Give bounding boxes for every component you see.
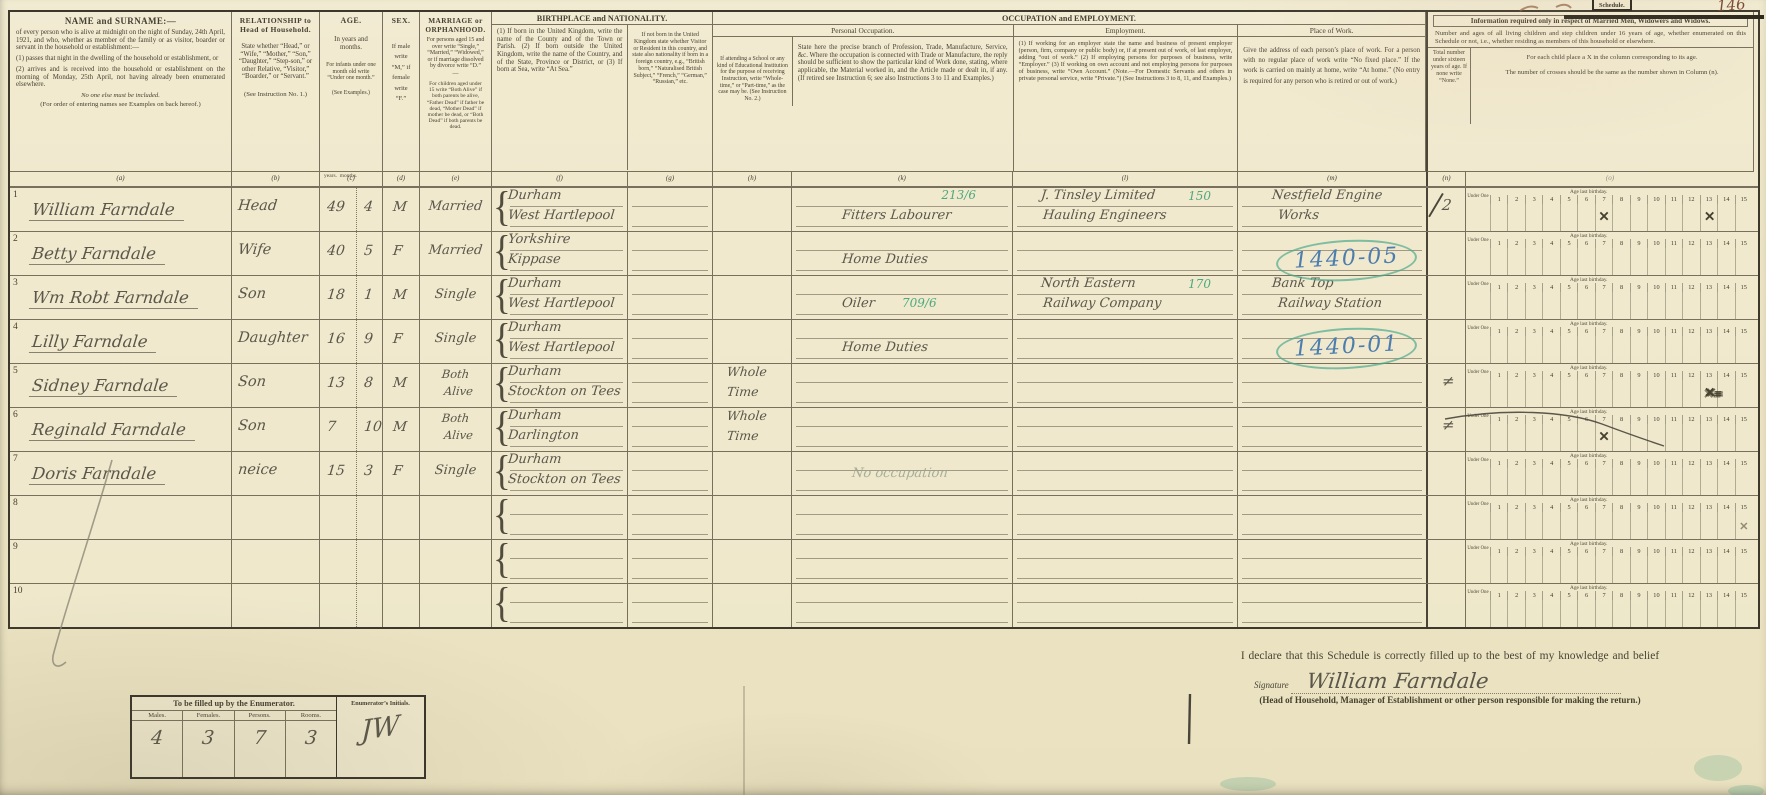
- under-one-label: Under One: [1466, 327, 1490, 336]
- age-column-label: 2: [1507, 195, 1524, 204]
- birthplace-cell: {DurhamStockton on Tees: [492, 452, 628, 495]
- age-years-cell: [320, 496, 357, 539]
- age-column-label: 14: [1717, 239, 1734, 248]
- nationality-cell: [628, 496, 713, 539]
- age-column-label: 6: [1577, 239, 1594, 248]
- age-column-label: 3: [1525, 371, 1542, 380]
- age-column-label: 13: [1700, 327, 1717, 336]
- row-number: 7: [10, 452, 24, 495]
- age-column-label: 2: [1507, 503, 1524, 512]
- age-column-label: 11: [1665, 195, 1682, 204]
- age-grid-cell: [1735, 556, 1752, 583]
- age-grid-cell: [1647, 380, 1664, 407]
- age-column-label: 12: [1682, 371, 1699, 380]
- occupation-cell: Home Duties: [792, 232, 1013, 275]
- age-grid-cell: [1735, 380, 1752, 407]
- age-column-label: 7: [1595, 283, 1612, 292]
- header-name-surname: NAME and SURNAME:— of every person who i…: [10, 12, 232, 172]
- age-column-label: 8: [1612, 327, 1629, 336]
- under-one-label: Under One: [1466, 239, 1490, 248]
- age-column-label: 6: [1577, 503, 1594, 512]
- age-grid-cell: [1490, 336, 1507, 363]
- name-value: Wm Robt Farndale: [29, 288, 200, 309]
- age-grid-cell: [1577, 424, 1594, 451]
- birthplace-cell: {: [492, 584, 628, 627]
- age-grid-cell: [1735, 600, 1752, 627]
- column-letter-n: (n): [1426, 172, 1466, 186]
- school-cell: [713, 540, 792, 583]
- children-age-grid: Age last birthday.Under One1234567891011…: [1466, 584, 1754, 627]
- age-column-label: 9: [1630, 503, 1647, 512]
- name-cell: Reginald Farndale: [24, 408, 232, 451]
- age-column-label: 4: [1542, 327, 1559, 336]
- age-grid-header: Under One123456789101112131415: [1466, 547, 1752, 556]
- total-children-cell: [1426, 232, 1466, 275]
- age-grid-cell: [1612, 556, 1629, 583]
- age-column-label: 5: [1560, 239, 1577, 248]
- under-one-label: Under One: [1466, 591, 1490, 600]
- age-grid-cell: [1682, 248, 1699, 275]
- children-age-grid: Age last birthday.Under One1234567891011…: [1466, 540, 1754, 583]
- marriage-cell: Single: [420, 320, 492, 363]
- age-cross-mark: ✕: [1739, 520, 1748, 533]
- nationality-cell: [628, 408, 713, 451]
- age-column-label: 4: [1542, 283, 1559, 292]
- age-grid-cell: [1700, 292, 1717, 319]
- age-column-label: 11: [1665, 415, 1682, 424]
- age-grid-cell: [1525, 468, 1542, 495]
- signature-label: Signature: [1254, 680, 1289, 690]
- name-value: Doris Farndale: [29, 464, 167, 485]
- age-grid-cell: [1525, 204, 1542, 231]
- age-column-label: 2: [1507, 591, 1524, 600]
- age-grid-cell: [1490, 204, 1507, 231]
- column-letter-f: (f): [492, 172, 628, 186]
- place-of-work-cell: [1238, 584, 1426, 627]
- table-row: 3 Wm Robt Farndale Son 18 1 M Single {Du…: [10, 275, 1758, 319]
- age-grid-cell: [1717, 248, 1734, 275]
- age-column-label: 9: [1630, 591, 1647, 600]
- age-column-label: 2: [1507, 371, 1524, 380]
- age-grid-cell: [1490, 512, 1507, 539]
- age-grid-cell: [1490, 424, 1507, 451]
- age-column-label: 5: [1560, 591, 1577, 600]
- age-column-label: 10: [1647, 547, 1664, 556]
- age-grid-cell: [1647, 556, 1664, 583]
- age-column-label: 7: [1595, 503, 1612, 512]
- age-grid-header: Under One123456789101112131415: [1466, 327, 1752, 336]
- column-letter-h: (h): [713, 172, 792, 186]
- relationship-cell: Son: [232, 364, 320, 407]
- age-grid-cell: [1542, 424, 1559, 451]
- column-letter-k: (k): [792, 172, 1013, 186]
- males-value: 4: [132, 721, 183, 777]
- age-column-label: 1: [1490, 195, 1507, 204]
- column-letter-g: (g): [628, 172, 713, 186]
- school-cell: [713, 452, 792, 495]
- age-grid-cell: [1542, 380, 1559, 407]
- row-number: 6: [10, 408, 24, 451]
- age-column-label: 8: [1612, 459, 1629, 468]
- column-letter-b: (b): [232, 172, 320, 186]
- under-one-label: Under One: [1466, 195, 1490, 204]
- rooms-header: Rooms.: [286, 711, 336, 720]
- age-grid-cell: [1490, 380, 1507, 407]
- age-column-label: 12: [1682, 195, 1699, 204]
- age-grid-cell: [1630, 468, 1647, 495]
- age-grid-cell: [1595, 600, 1612, 627]
- header-name-item1: (1) passes that night in the dwelling of…: [10, 52, 231, 63]
- place-of-work-cell: [1238, 408, 1426, 451]
- occupation-cell: [792, 364, 1013, 407]
- age-grid-cell: [1612, 424, 1629, 451]
- employment-cell: [1013, 408, 1238, 451]
- header-name-item2: (2) arrives and is received into the hou…: [10, 63, 231, 89]
- age-grid-cell: [1682, 380, 1699, 407]
- header-grid-notes: For each child place a X in the column c…: [1471, 48, 1753, 124]
- row-number: 2: [10, 232, 24, 275]
- age-grid-cell: [1665, 424, 1682, 451]
- school-cell: [713, 188, 792, 231]
- header-birthplace: (1) If born in the United Kingdom, write…: [492, 25, 627, 170]
- age-column-label: 13: [1700, 547, 1717, 556]
- age-grid-cell: [1682, 468, 1699, 495]
- age-column-label: 6: [1577, 547, 1594, 556]
- header-marriage: MARRIAGE or ORPHANHOOD. For persons aged…: [420, 12, 492, 172]
- age-years-cell: 15: [320, 452, 357, 495]
- age-grid-cell: [1682, 600, 1699, 627]
- age-column-label: 2: [1507, 239, 1524, 248]
- age-grid-cell: [1647, 512, 1664, 539]
- marriage-cell: Single: [420, 452, 492, 495]
- declaration-text: I declare that this Schedule is correctl…: [1150, 650, 1750, 662]
- header-relationship: RELATIONSHIP to Head of Household. State…: [232, 12, 320, 172]
- age-column-label: 5: [1560, 327, 1577, 336]
- age-column-label: 5: [1560, 415, 1577, 424]
- header-occupation: State here the precise branch of Profess…: [792, 37, 1013, 106]
- age-months-cell: [357, 584, 383, 627]
- children-age-grid: Age last birthday.Under One1234567891011…: [1466, 232, 1754, 275]
- school-cell: WholeTime: [713, 408, 792, 451]
- marriage-cell: Married: [420, 232, 492, 275]
- occupation-cell: Oiler709/6: [792, 276, 1013, 319]
- header-name-body: of every person who is alive at midnight…: [10, 26, 231, 52]
- age-column-label: 7: [1595, 239, 1612, 248]
- name-cell: William Farndale: [24, 188, 232, 231]
- green-smudge: [1728, 785, 1764, 795]
- age-column-label: 9: [1630, 327, 1647, 336]
- header-total-children: Total number under sixteen years of age.…: [1428, 48, 1471, 124]
- relationship-cell: Son: [232, 276, 320, 319]
- age-column-label: 9: [1630, 371, 1647, 380]
- total-children-cell: [1426, 496, 1466, 539]
- age-column-label: 7: [1595, 415, 1612, 424]
- age-grid-cell: [1542, 292, 1559, 319]
- row-number: 1: [10, 188, 24, 231]
- age-grid-header: Under One123456789101112131415: [1466, 503, 1752, 512]
- sex-cell: M: [383, 188, 420, 231]
- age-column-label: 8: [1612, 195, 1629, 204]
- total-children-cell: ≠: [1426, 408, 1466, 451]
- employment-cell: [1013, 540, 1238, 583]
- age-column-label: 10: [1647, 415, 1664, 424]
- age-column-label: 1: [1490, 327, 1507, 336]
- age-column-label: 14: [1717, 547, 1734, 556]
- age-grid-cell: [1525, 380, 1542, 407]
- age-grid-cell: [1560, 292, 1577, 319]
- age-grid-cell: [1700, 468, 1717, 495]
- occupation-cell: [792, 496, 1013, 539]
- column-letter-m: (m): [1238, 172, 1426, 186]
- birthplace-cell: {DurhamWest Hartlepool: [492, 320, 628, 363]
- birthplace-cell: {YorkshireKippase: [492, 232, 628, 275]
- age-months-cell: 8: [357, 364, 383, 407]
- age-column-label: 14: [1717, 283, 1734, 292]
- sex-cell: F: [383, 232, 420, 275]
- age-column-label: 10: [1647, 371, 1664, 380]
- age-grid-cell: [1630, 424, 1647, 451]
- age-column-label: 10: [1647, 503, 1664, 512]
- sex-cell: F: [383, 320, 420, 363]
- age-grid-cell: [1735, 204, 1752, 231]
- children-age-grid: Age last birthday.Under One1234567891011…: [1466, 364, 1754, 407]
- age-grid-cell: [1525, 336, 1542, 363]
- row-number: 4: [10, 320, 24, 363]
- age-column-label: 15: [1735, 239, 1752, 248]
- total-children-cell: [1426, 540, 1466, 583]
- age-months-cell: 9: [357, 320, 383, 363]
- age-column-label: 11: [1665, 239, 1682, 248]
- column-letters-row: (a) (b) (c) (d) (e) (f) (g) (h) (k) (l) …: [10, 172, 1758, 187]
- age-column-label: 15: [1735, 283, 1752, 292]
- birthplace-cell: {: [492, 540, 628, 583]
- table-row: 10 { Age last birthday.Under One12345678…: [10, 583, 1758, 627]
- age-years-cell: [320, 584, 357, 627]
- age-column-label: 13: [1700, 415, 1717, 424]
- age-grid-cell: [1717, 424, 1734, 451]
- under-one-label: Under One: [1466, 503, 1490, 512]
- name-value: [30, 596, 42, 597]
- name-value: [30, 552, 42, 553]
- age-column-label: 3: [1525, 327, 1542, 336]
- age-grid-cell: [1577, 512, 1594, 539]
- age-grid-cell: [1630, 512, 1647, 539]
- age-column-label: 14: [1717, 459, 1734, 468]
- age-column-label: 5: [1560, 547, 1577, 556]
- age-column-label: 15: [1735, 327, 1752, 336]
- age-grid-cell: [1577, 204, 1594, 231]
- header-place-of-work: Place of Work. Give the address of each …: [1237, 25, 1425, 171]
- table-row: 2 Betty Farndale Wife 40 5 F Married {Yo…: [10, 231, 1758, 275]
- age-grid-body: [1466, 248, 1752, 275]
- relationship-cell: Head: [232, 188, 320, 231]
- age-months-cell: 4: [357, 188, 383, 231]
- age-grid-cell: [1595, 556, 1612, 583]
- header-nationality: If not born in the United Kingdom state …: [627, 25, 712, 170]
- age-grid-cell: [1665, 600, 1682, 627]
- name-value: Sidney Farndale: [29, 376, 179, 397]
- total-children-cell: 2: [1426, 188, 1466, 231]
- age-column-label: 15: [1735, 547, 1752, 556]
- nationality-cell: [628, 320, 713, 363]
- age-grid-cell: [1647, 336, 1664, 363]
- age-column-label: 11: [1665, 547, 1682, 556]
- school-cell: [713, 276, 792, 319]
- header-sex: SEX. If male write “M,” if female write …: [383, 12, 420, 172]
- age-grid-cell: [1647, 204, 1664, 231]
- age-column-label: 13: [1700, 239, 1717, 248]
- name-cell: Doris Farndale: [24, 452, 232, 495]
- census-schedule-sheet: Schedule. 146 NAME and SURNAME:— of ever…: [0, 0, 1766, 795]
- age-column-label: 1: [1490, 283, 1507, 292]
- age-grid-cell: [1525, 424, 1542, 451]
- total-children-cell: [1426, 276, 1466, 319]
- brace-glyph: {: [493, 579, 511, 628]
- age-years-cell: 40: [320, 232, 357, 275]
- relationship-cell: [232, 584, 320, 627]
- employer-code: 170: [1188, 277, 1211, 291]
- place-of-work-cell: [1238, 540, 1426, 583]
- name-cell: Lilly Farndale: [24, 320, 232, 363]
- age-grid-cell: [1577, 336, 1594, 363]
- age-column-label: 6: [1577, 283, 1594, 292]
- age-grid-cell: [1682, 512, 1699, 539]
- age-column-label: 15: [1735, 371, 1752, 380]
- age-column-label: 8: [1612, 547, 1629, 556]
- age-column-label: 2: [1507, 415, 1524, 424]
- birthplace-cell: {DurhamWest Hartlepool: [492, 188, 628, 231]
- age-column-label: 8: [1612, 283, 1629, 292]
- occupation-code: 709/6: [902, 296, 937, 310]
- age-grid-cell: [1665, 248, 1682, 275]
- age-grid-cell: [1490, 292, 1507, 319]
- employment-cell: [1013, 496, 1238, 539]
- age-years-cell: 49: [320, 188, 357, 231]
- under-one-label: Under One: [1466, 415, 1490, 424]
- age-grid-cell: [1595, 336, 1612, 363]
- age-column-label: 1: [1490, 503, 1507, 512]
- age-grid-cell: [1560, 248, 1577, 275]
- age-column-label: 3: [1525, 591, 1542, 600]
- age-column-label: 9: [1630, 283, 1647, 292]
- age-column-label: 11: [1665, 459, 1682, 468]
- age-column-label: 4: [1542, 371, 1559, 380]
- declaration-note: (Head of Household, Manager of Establish…: [1150, 695, 1750, 705]
- age-grid-cell: [1717, 556, 1734, 583]
- age-column-label: 15: [1735, 195, 1752, 204]
- age-column-label: 15: [1735, 415, 1752, 424]
- column-letter-o: (o): [1466, 172, 1754, 186]
- married-info-body: Number and ages of all living children a…: [1428, 29, 1753, 47]
- females-header: Females.: [183, 711, 234, 720]
- occupation-cell: 213/6Fitters Labourer: [792, 188, 1013, 231]
- females-value: 3: [183, 721, 234, 777]
- age-months-cell: [357, 540, 383, 583]
- relationship-cell: Daughter: [232, 320, 320, 363]
- persons-value: 7: [235, 721, 286, 777]
- age-column-label: 15: [1735, 459, 1752, 468]
- age-grid-cell: [1682, 336, 1699, 363]
- row-number: 9: [10, 540, 24, 583]
- age-grid-cell: [1700, 336, 1717, 363]
- age-column-label: 10: [1647, 283, 1664, 292]
- age-grid-cell: [1507, 292, 1524, 319]
- age-grid-cell: [1735, 248, 1752, 275]
- age-column-label: 12: [1682, 591, 1699, 600]
- age-column-label: 12: [1682, 503, 1699, 512]
- age-cross-mark: ✕: [1598, 209, 1609, 225]
- age-months-cell: 10: [357, 408, 383, 451]
- under-one-label: Under One: [1466, 371, 1490, 380]
- age-grid-cell: [1577, 380, 1594, 407]
- total-children-cell: ≠: [1426, 364, 1466, 407]
- age-grid-cell: [1507, 204, 1524, 231]
- age-column-label: 13: [1700, 371, 1717, 380]
- age-grid-cell: [1560, 468, 1577, 495]
- age-column-label: 15: [1735, 503, 1752, 512]
- census-form-table: NAME and SURNAME:— of every person who i…: [8, 10, 1760, 629]
- age-grid-cell: [1630, 556, 1647, 583]
- employment-cell: [1013, 232, 1238, 275]
- age-column-label: 13: [1700, 591, 1717, 600]
- age-column-label: 8: [1612, 371, 1629, 380]
- header-married-info: Information required only in respect of …: [1426, 12, 1754, 172]
- total-children-cell: [1426, 320, 1466, 363]
- sex-cell: M: [383, 364, 420, 407]
- table-row: 6 Reginald Farndale Son 7 10 M BothAlive…: [10, 407, 1758, 451]
- age-grid-cell: [1630, 204, 1647, 231]
- row-number: 8: [10, 496, 24, 539]
- row-number: 5: [10, 364, 24, 407]
- age-grid-cell: [1560, 512, 1577, 539]
- age-grid-cell: [1560, 380, 1577, 407]
- age-column-label: 5: [1560, 371, 1577, 380]
- age-grid-cell: [1490, 556, 1507, 583]
- age-column-label: 6: [1577, 327, 1594, 336]
- age-column-label: 14: [1717, 503, 1734, 512]
- children-age-grid: Age last birthday.Under One1234567891011…: [1466, 452, 1754, 495]
- age-grid-cell: [1507, 424, 1524, 451]
- table-row: 1 William Farndale Head 49 4 M Married {…: [10, 187, 1758, 231]
- age-column-label: 2: [1507, 283, 1524, 292]
- age-grid-cell: [1630, 292, 1647, 319]
- age-grid-cell: [1647, 600, 1664, 627]
- children-age-grid: Age last birthday.Under One1234567891011…: [1466, 408, 1754, 451]
- age-column-label: 7: [1595, 547, 1612, 556]
- age-column-label: 10: [1647, 591, 1664, 600]
- sex-cell: [383, 496, 420, 539]
- age-column-label: 7: [1595, 459, 1612, 468]
- children-age-grid: Age last birthday.Under One1234567891011…: [1466, 496, 1754, 539]
- header-name-title: NAME and SURNAME:—: [10, 12, 231, 26]
- occupation-cell: Home Duties: [792, 320, 1013, 363]
- age-years-cell: 13: [320, 364, 357, 407]
- sex-cell: M: [383, 276, 420, 319]
- name-cell: [24, 584, 232, 627]
- age-column-label: 14: [1717, 195, 1734, 204]
- school-cell: [713, 584, 792, 627]
- age-column-label: 12: [1682, 415, 1699, 424]
- age-column-label: 6: [1577, 591, 1594, 600]
- age-grid-cell: [1612, 468, 1629, 495]
- brace-glyph: {: [493, 491, 511, 540]
- birthplace-cell: {DurhamDarlington: [492, 408, 628, 451]
- age-column-label: 4: [1542, 195, 1559, 204]
- schedule-label: Schedule.: [1592, 0, 1632, 11]
- age-column-label: 9: [1630, 459, 1647, 468]
- age-column-label: 14: [1717, 327, 1734, 336]
- table-header: NAME and SURNAME:— of every person who i…: [10, 12, 1758, 172]
